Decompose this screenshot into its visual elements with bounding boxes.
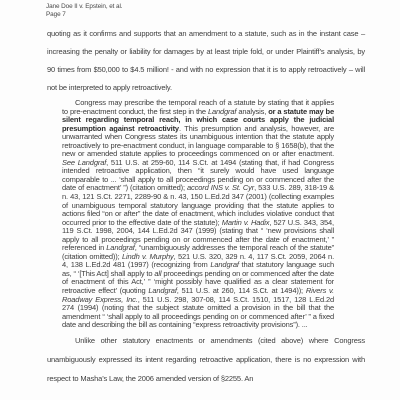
page-number: Page 7	[46, 11, 122, 19]
document-body: quoting as it confirms and supports that…	[47, 25, 365, 388]
block-quote: Congress may prescribe the temporal reac…	[62, 99, 334, 330]
body-paragraph-1: quoting as it confirms and supports that…	[47, 25, 365, 97]
case-caption: Jane Doe II v. Epstein, et al.	[46, 3, 122, 11]
body-paragraph-2: Unlike other statutory enactments or ame…	[47, 331, 365, 388]
document-header: Jane Doe II v. Epstein, et al. Page 7	[46, 3, 122, 18]
document-page: Jane Doe II v. Epstein, et al. Page 7 qu…	[0, 0, 400, 400]
